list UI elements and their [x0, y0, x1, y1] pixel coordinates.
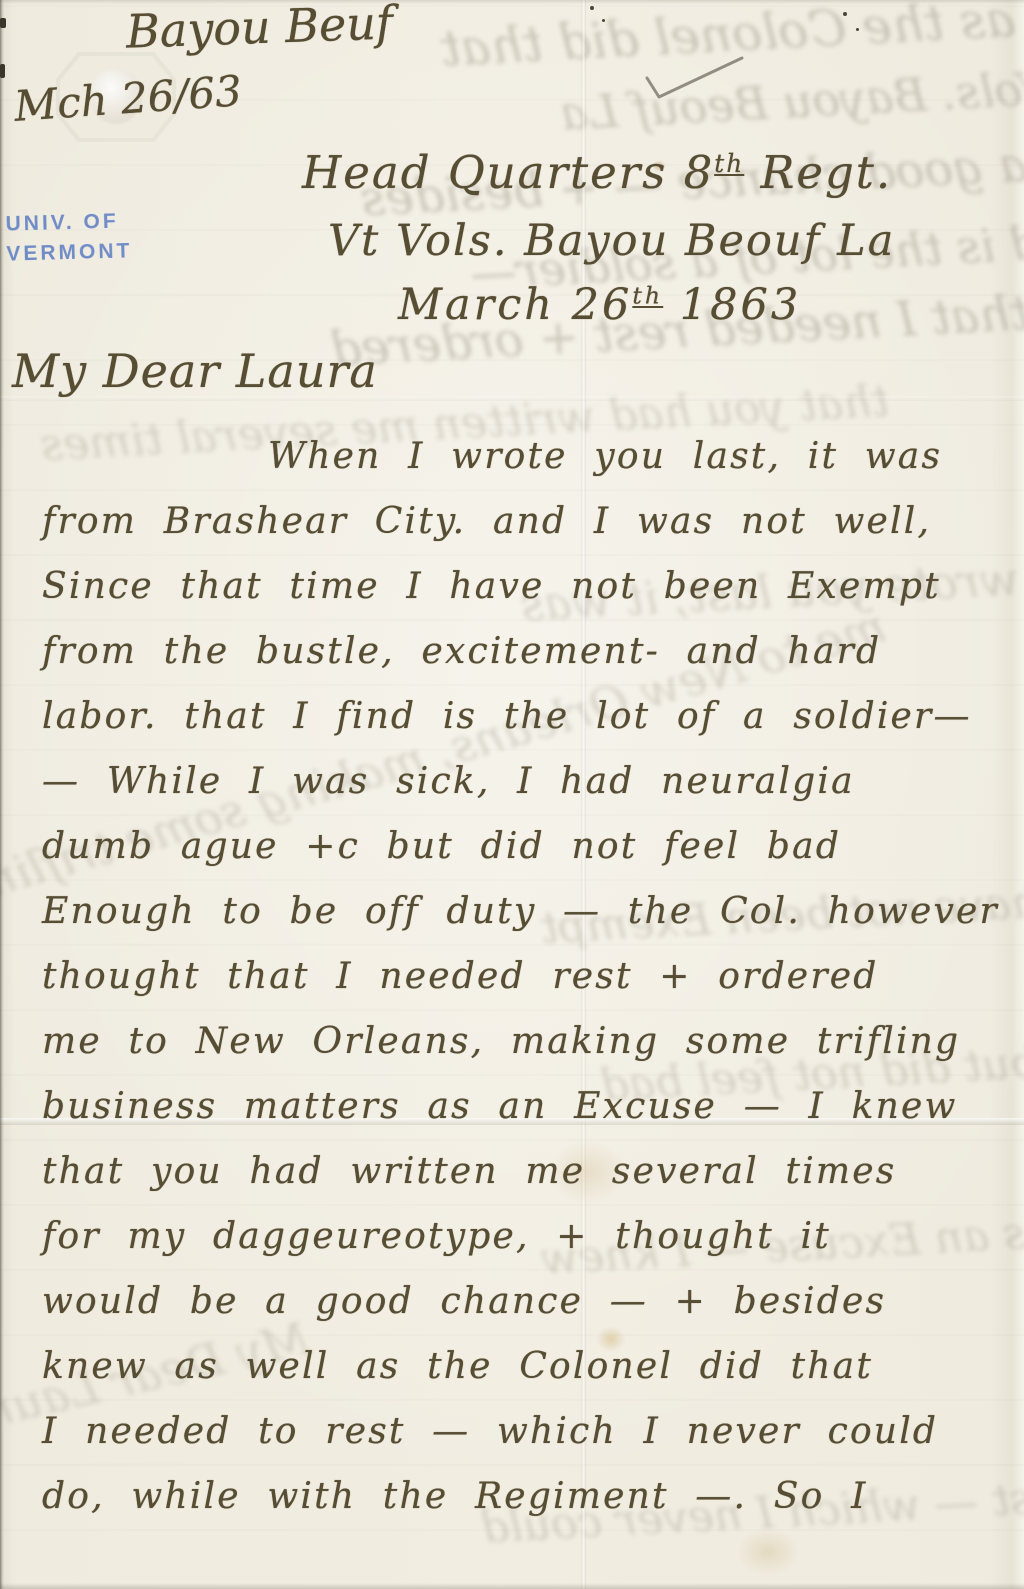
scan-edge-left: [0, 0, 4, 1589]
checkmark-icon: [628, 48, 758, 108]
header-line-1-ordinal: th: [714, 149, 744, 178]
letter-line: that you had written me several times: [42, 1139, 992, 1204]
letter-line: business matters as an Excuse — I knew: [42, 1074, 992, 1139]
letter-line: When I wrote you last, it was: [42, 424, 992, 489]
letter-line: thought that I needed rest + ordered: [42, 944, 992, 1009]
letter-line: from the bustle, excitement- and hard: [42, 619, 992, 684]
letter-body: When I wrote you last, it was from Brash…: [42, 424, 992, 1529]
ink-speck: [843, 12, 847, 16]
ink-speck: [590, 6, 594, 10]
letter-line: dumb ague +c but did not feel bad: [42, 814, 992, 879]
header-line-3-suffix: 1863: [663, 280, 801, 330]
letter-line: for my daggeureotype, + thought it: [42, 1204, 992, 1269]
letter-line: I needed to rest — which I never could: [42, 1399, 992, 1464]
letter-line: knew as well as the Colonel did that: [42, 1334, 992, 1399]
pencil-date-note: Mch 26/63: [13, 66, 244, 131]
univ-of-vermont-stamp: UNIV. OF VERMONT: [5, 206, 133, 269]
header-line-1-text: Head Quarters 8: [302, 146, 714, 199]
letter-page: knew as well as the Colonel did that Vt …: [0, 0, 1024, 1589]
pencil-place-note: Bayou Beuf: [125, 0, 394, 59]
letter-line: would be a good chance — + besides: [42, 1269, 992, 1334]
letter-line: me to New Orleans, making some trifling: [42, 1009, 992, 1074]
stamp-line-2: VERMONT: [6, 236, 133, 269]
letter-line: Since that time I have not been Exempt: [42, 554, 992, 619]
stamp-line-1: UNIV. OF: [5, 206, 132, 239]
ink-speck: [602, 19, 605, 22]
header-line-3-text: March 26: [398, 280, 632, 330]
header-line-1: Head Quarters 8th Regt.: [302, 146, 892, 199]
header-line-1-suffix: Regt.: [744, 146, 892, 199]
letter-line: labor. that I find is the lot of a soldi…: [42, 684, 992, 749]
header-line-3-ordinal: th: [632, 282, 663, 310]
paper-stain: [736, 1528, 800, 1576]
letter-line: do, while with the Regiment —. So I: [42, 1464, 992, 1529]
header-line-3: March 26th 1863: [398, 280, 801, 330]
letter-line: from Brashear City. and I was not well,: [42, 489, 992, 554]
header-line-2: Vt Vols. Bayou Beouf La: [328, 216, 895, 266]
scan-edge-bottom: [0, 1583, 1024, 1589]
letter-line: Enough to be off duty — the Col. however: [42, 879, 992, 944]
ink-speck: [856, 28, 859, 31]
salutation: My Dear Laura: [12, 344, 378, 398]
letter-line: — While I was sick, I had neuralgia: [42, 749, 992, 814]
